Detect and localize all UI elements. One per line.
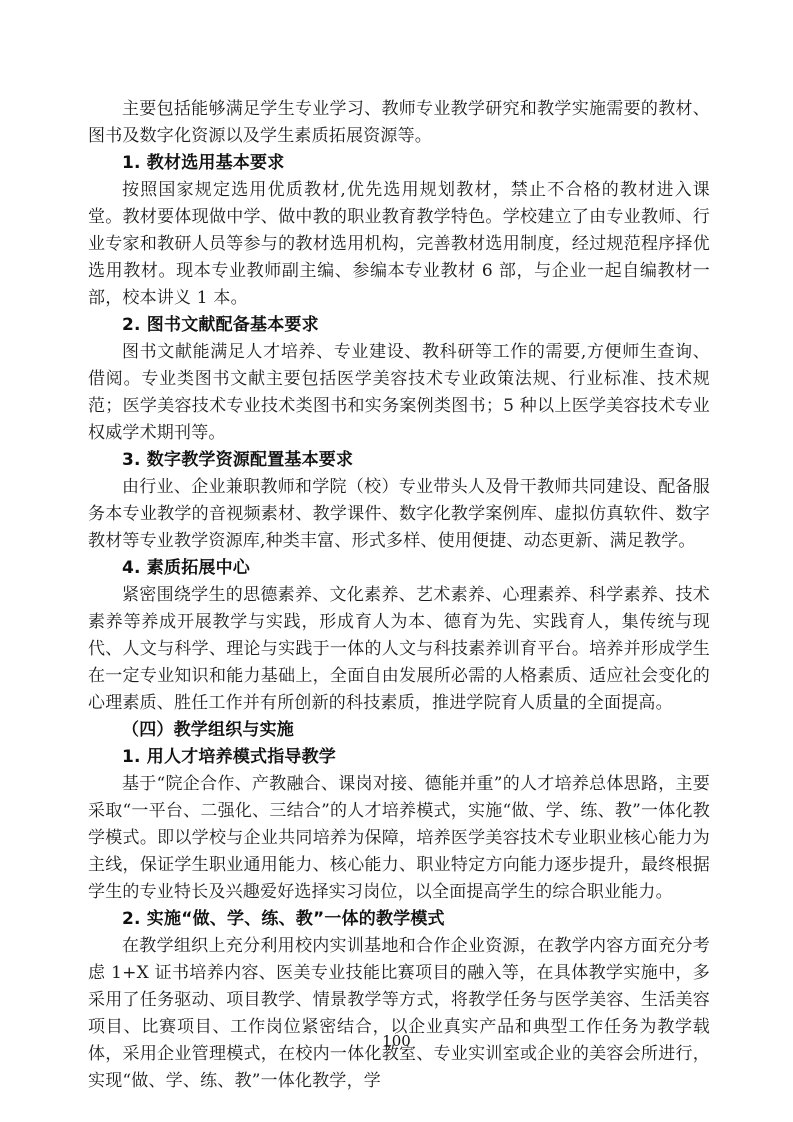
heading-talent-cultivation-model: 1. 用人才培养模式指导教学: [88, 744, 710, 771]
para-do-learn-practice-teach: 在教学组织上充分利用校内实训基地和合作企业资源，在教学内容方面充分考虑 1+X …: [88, 933, 710, 1095]
document-page: 主要包括能够满足学生专业学习、教师专业教学研究和教学实施需要的教材、图书及数字化…: [0, 0, 793, 1122]
page-number: 100: [0, 1032, 793, 1050]
para-textbook-selection: 按照国家规定选用优质教材,优先选用规划教材，禁止不合格的教材进入课堂。教材要体现…: [88, 177, 710, 312]
para-digital-resources: 由行业、企业兼职教师和学院（校）专业带头人及骨干教师共同建设、配备服务本专业教学…: [88, 474, 710, 555]
para-talent-cultivation-model: 基于“院企合作、产教融合、课岗对接、德能并重”的人才培养总体思路，主要采取“一平…: [88, 771, 710, 906]
heading-textbook-selection-requirements: 1. 教材选用基本要求: [88, 150, 710, 177]
heading-section-4-teaching-organization: （四）教学组织与实施: [88, 717, 710, 744]
heading-do-learn-practice-teach-model: 2. 实施“做、学、练、教”一体的教学模式: [88, 906, 710, 933]
heading-digital-resources-requirements: 3. 数字教学资源配置基本要求: [88, 447, 710, 474]
para-teaching-resources-intro: 主要包括能够满足学生专业学习、教师专业教学研究和教学实施需要的教材、图书及数字化…: [88, 96, 710, 150]
page-content: 主要包括能够满足学生专业学习、教师专业教学研究和教学实施需要的教材、图书及数字化…: [88, 96, 710, 1095]
heading-quality-development-center: 4. 素质拓展中心: [88, 555, 710, 582]
heading-library-literature-requirements: 2. 图书文献配备基本要求: [88, 312, 710, 339]
para-library-literature: 图书文献能满足人才培养、专业建设、教科研等工作的需要,方便师生查询、借阅。专业类…: [88, 339, 710, 447]
para-quality-development: 紧密围绕学生的思德素养、文化素养、艺术素养、心理素养、科学素养、技术素养等养成开…: [88, 582, 710, 717]
